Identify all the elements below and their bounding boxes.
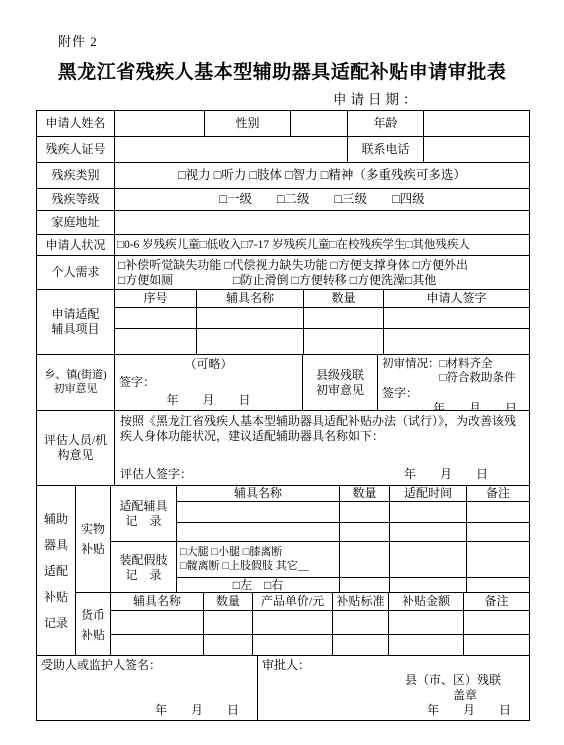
prosthesis-record-label: 装配假肢 记 录 xyxy=(111,542,177,592)
seal-org-label: 县（市、区）残联 盖章 xyxy=(262,673,525,703)
township-review-cell: （可略） 签字： 年 月 日 xyxy=(115,355,303,410)
disability-level-label: 残疾等级 xyxy=(37,189,115,210)
disability-level-checkboxes: □一级 □二级 □三级 □四级 xyxy=(115,189,529,210)
section-signatures: 受助人或监护人签名： 年 月 日 审批人： 县（市、区）残联 盖章 年 月 日 xyxy=(37,656,529,720)
cash-subsidy-empty-row xyxy=(111,635,529,655)
empty-cell xyxy=(197,329,304,354)
empty-cell xyxy=(340,523,390,541)
personal-needs-label: 个人需求 xyxy=(37,256,115,289)
col-device-name: 辅具名称 xyxy=(197,290,304,307)
county-review-label: 县级残联 初审意见 xyxy=(303,355,378,410)
township-sign-label: 签字： xyxy=(119,375,298,390)
form-page: 附件 2 黑龙江省残疾人基本型辅助器具适配补贴申请审批表 申请日期： 申请人姓名… xyxy=(0,0,564,745)
county-review-cell: 初审情况：□材料齐全 □符合救助条件 签字： 年 月 日 xyxy=(378,355,529,410)
empty-cell xyxy=(304,329,384,354)
disability-type-checkboxes: □视力 □听力 □肢体 □智力 □精神（多重残疾可多选） xyxy=(115,163,529,188)
empty-cell xyxy=(197,308,304,329)
empty-cell xyxy=(253,635,333,655)
col-quantity: 数量 xyxy=(304,290,384,307)
empty-cell xyxy=(111,611,204,634)
phone-blank xyxy=(424,137,529,162)
empty-cell xyxy=(390,502,467,522)
empty-cell xyxy=(304,308,384,329)
apply-items-empty-row xyxy=(115,308,529,330)
home-address-blank xyxy=(115,211,529,234)
fit-record-label: 适配辅具 记 录 xyxy=(111,486,177,541)
empty-cell xyxy=(115,308,197,329)
col-note: 备注 xyxy=(464,593,529,610)
approver-cell: 审批人： 县（市、区）残联 盖章 年 月 日 xyxy=(258,656,529,720)
empty-cell xyxy=(390,578,467,592)
county-review-checkboxes: 初审情况：□材料齐全 □符合救助条件 xyxy=(382,357,525,386)
section-first-review: 乡、镇(街道) 初审意见 （可略） 签字： 年 月 日 县级残联 初审意见 初审… xyxy=(37,355,529,411)
township-review-label: 乡、镇(街道) 初审意见 xyxy=(37,355,115,410)
page-title: 黑龙江省残疾人基本型辅助器具适配补贴申请审批表 xyxy=(0,61,564,85)
township-date: 年 月 日 xyxy=(119,393,298,408)
phone-label: 联系电话 xyxy=(348,137,424,162)
apply-items-empty-row xyxy=(115,329,529,354)
empty-cell xyxy=(467,523,529,541)
prosthesis-side-row: □左 □右 xyxy=(177,578,529,592)
empty-cell xyxy=(111,635,204,655)
empty-cell xyxy=(464,635,529,655)
col-quantity: 数量 xyxy=(340,486,390,501)
assessment-date: 年 月 日 xyxy=(404,467,524,482)
col-note: 备注 xyxy=(467,486,529,501)
assessor-sign-label: 评估人签字： xyxy=(120,467,192,482)
empty-cell xyxy=(467,578,529,592)
empty-cell xyxy=(389,611,464,634)
empty-cell xyxy=(384,329,529,354)
recipient-signature-cell: 受助人或监护人签名： 年 月 日 xyxy=(37,656,258,720)
row-disability-type: 残疾类别 □视力 □听力 □肢体 □智力 □精神（多重残疾可多选） xyxy=(37,163,529,189)
gender-blank xyxy=(291,111,348,136)
subsidy-record-label: 辅助 器具 适配 补贴 记录 xyxy=(37,486,76,655)
apply-items-label: 申请适配 辅具项目 xyxy=(37,290,115,354)
col-subsidy-amount: 补贴金额 xyxy=(389,593,464,610)
applicant-status-label: 申请人状况 xyxy=(37,235,115,255)
prosthesis-checkboxes: □大腿 □小腿 □膝离断 □髋离断 □上肢假肢 其它__ xyxy=(177,542,340,577)
recipient-sign-label: 受助人或监护人签名： xyxy=(41,658,253,673)
apply-items-header: 序号 辅具名称 数量 申请人签字 xyxy=(115,290,529,308)
empty-cell xyxy=(467,542,529,577)
approver-date: 年 月 日 xyxy=(262,703,525,718)
empty-cell xyxy=(467,502,529,522)
empty-cell xyxy=(115,329,197,354)
county-date: 年 月 日 xyxy=(382,401,525,410)
prosthesis-record-block: 装配假肢 记 录 □大腿 □小腿 □膝离断 □髋离断 □上肢假肢 其它__ □左 xyxy=(111,542,529,592)
applicant-status-checkboxes: □0-6 岁残疾儿童□低收入□7-17 岁残疾儿童□在校残疾学生□其他残疾人 xyxy=(115,235,529,255)
fit-record-empty-row xyxy=(177,502,529,523)
row-home-address: 家庭地址 xyxy=(37,211,529,235)
empty-cell xyxy=(390,523,467,541)
empty-cell xyxy=(333,611,389,634)
fit-record-block: 适配辅具 记 录 辅具名称 数量 适配时间 备注 xyxy=(111,486,529,542)
row-applicant-name: 申请人姓名 性别 年龄 xyxy=(37,111,529,137)
assessment-label: 评估人员/机 构意见 xyxy=(37,411,115,485)
row-applicant-status: 申请人状况 □0-6 岁残疾儿童□低收入□7-17 岁残疾儿童□在校残疾学生□其… xyxy=(37,235,529,256)
empty-cell xyxy=(177,523,340,541)
empty-cell xyxy=(204,611,253,634)
col-device-name: 辅具名称 xyxy=(111,593,204,610)
empty-cell xyxy=(253,611,333,634)
empty-cell xyxy=(340,542,390,577)
cash-subsidy-block: 货币 补贴 辅具名称 数量 产品单价/元 补贴标准 补贴金额 备注 xyxy=(76,593,529,655)
col-device-name: 辅具名称 xyxy=(177,486,340,501)
in-kind-subsidy-label: 实物 补贴 xyxy=(76,486,111,592)
personal-needs-checkboxes: □补偿听觉缺失功能 □代偿视力缺失功能 □方便支撑身体 □方便外出 □方便如厕 … xyxy=(115,256,529,289)
empty-cell xyxy=(389,635,464,655)
fit-record-empty-row xyxy=(177,523,529,541)
empty-cell xyxy=(333,635,389,655)
empty-cell xyxy=(384,308,529,329)
side-checkboxes: □左 □右 xyxy=(177,578,340,592)
form-table: 申请人姓名 性别 年龄 残疾人证号 联系电话 残疾类别 □视力 □听力 □肢体 … xyxy=(36,110,530,721)
county-sign-label: 签字： xyxy=(382,386,525,401)
row-disability-level: 残疾等级 □一级 □二级 □三级 □四级 xyxy=(37,189,529,211)
recipient-date: 年 月 日 xyxy=(41,703,253,718)
section-subsidy-record: 辅助 器具 适配 补贴 记录 实物 补贴 适配辅具 记 录 辅具名称 数量 适 xyxy=(37,486,529,656)
empty-cell xyxy=(177,502,340,522)
approver-label: 审批人： xyxy=(262,658,525,673)
assessment-cell: 按照《黑龙江省残疾人基本型辅助器具适配补贴办法（试行）》，为改善该残疾人身体功能… xyxy=(115,411,529,485)
age-label: 年龄 xyxy=(348,111,424,136)
col-unit-price: 产品单价/元 xyxy=(253,593,333,610)
col-serial-no: 序号 xyxy=(115,290,197,307)
col-applicant-signature: 申请人签字 xyxy=(384,290,529,307)
row-cert-number: 残疾人证号 联系电话 xyxy=(37,137,529,163)
applicant-name-label: 申请人姓名 xyxy=(37,111,115,136)
section-assessment: 评估人员/机 构意见 按照《黑龙江省残疾人基本型辅助器具适配补贴办法（试行）》，… xyxy=(37,411,529,486)
apply-date-label: 申请日期： xyxy=(333,92,421,109)
empty-cell xyxy=(340,578,390,592)
attachment-label: 附件 2 xyxy=(58,34,98,50)
empty-cell xyxy=(340,502,390,522)
optional-note: （可略） xyxy=(119,357,298,372)
cash-subsidy-empty-row xyxy=(111,611,529,635)
gender-label: 性别 xyxy=(205,111,291,136)
age-blank xyxy=(424,111,529,136)
row-personal-needs: 个人需求 □补偿听觉缺失功能 □代偿视力缺失功能 □方便支撑身体 □方便外出 □… xyxy=(37,256,529,290)
col-quantity: 数量 xyxy=(204,593,253,610)
applicant-name-blank xyxy=(115,111,205,136)
empty-cell xyxy=(464,611,529,634)
cert-number-blank xyxy=(115,137,348,162)
in-kind-subsidy-block: 实物 补贴 适配辅具 记 录 辅具名称 数量 适配时间 备注 xyxy=(76,486,529,593)
empty-cell xyxy=(204,635,253,655)
col-subsidy-standard: 补贴标准 xyxy=(333,593,389,610)
cash-subsidy-label: 货币 补贴 xyxy=(76,593,111,655)
assessment-content: 按照《黑龙江省残疾人基本型辅助器具适配补贴办法（试行）》，为改善该残疾人身体功能… xyxy=(120,414,524,444)
section-apply-items: 申请适配 辅具项目 序号 辅具名称 数量 申请人签字 xyxy=(37,290,529,355)
empty-cell xyxy=(390,542,467,577)
disability-type-label: 残疾类别 xyxy=(37,163,115,188)
home-address-label: 家庭地址 xyxy=(37,211,115,234)
cash-subsidy-header: 辅具名称 数量 产品单价/元 补贴标准 补贴金额 备注 xyxy=(111,593,529,611)
prosthesis-options-row: □大腿 □小腿 □膝离断 □髋离断 □上肢假肢 其它__ xyxy=(177,542,529,578)
cert-number-label: 残疾人证号 xyxy=(37,137,115,162)
col-fit-time: 适配时间 xyxy=(390,486,467,501)
fit-record-header: 辅具名称 数量 适配时间 备注 xyxy=(177,486,529,502)
